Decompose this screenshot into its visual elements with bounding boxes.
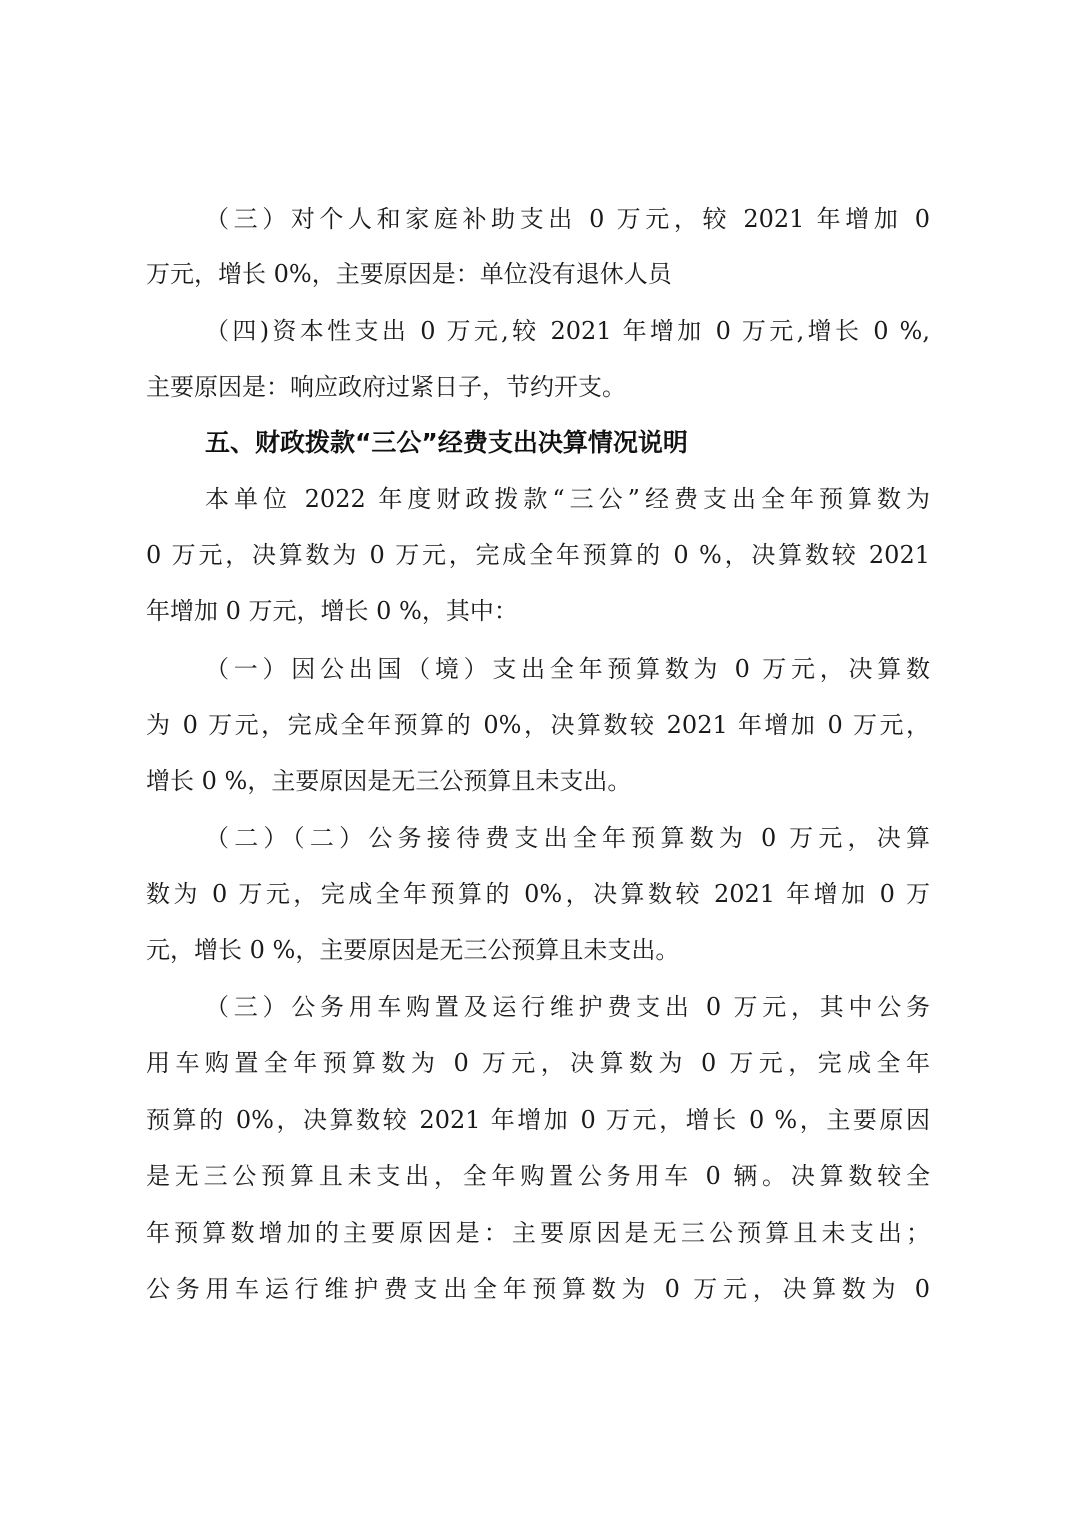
para-individual-subsidy-line-2: 万元，增长 0%，主要原因是：单位没有退休人员 [146,254,930,294]
para-capital-expenditure-line-2: 主要原因是：响应政府过紧日子，节约开支。 [146,367,930,407]
para-reception-line-3: 元，增长 0 %，主要原因是无三公预算且未支出。 [146,930,930,970]
para-overseas-travel-line-1: （一）因公出国（境）支出全年预算数为 0 万元，决算数 [205,649,930,689]
section-heading-three-public-expenses: 五、财政拨款“三公”经费支出决算情况说明 [205,423,930,463]
para-vehicles-line-3: 预算的 0%，决算数较 2021 年增加 0 万元，增长 0 %，主要原因 [146,1100,930,1140]
para-capital-expenditure-line-1: （四)资本性支出 0 万元,较 2021 年增加 0 万元,增长 0 %, [205,311,930,351]
document-page: （三）对个人和家庭补助支出 0 万元，较 2021 年增加 0 万元，增长 0%… [0,0,1074,1520]
para-reception-line-1: （二）（二）公务接待费支出全年预算数为 0 万元，决算 [205,818,930,858]
para-overseas-travel-line-3: 增长 0 %，主要原因是无三公预算且未支出。 [146,761,930,801]
para-vehicles-line-2: 用车购置全年预算数为 0 万元，决算数为 0 万元，完成全年 [146,1043,930,1083]
para-overseas-travel-line-2: 为 0 万元，完成全年预算的 0%，决算数较 2021 年增加 0 万元， [146,705,930,745]
para-vehicles-line-6: 公务用车运行维护费支出全年预算数为 0 万元，决算数为 0 [146,1269,930,1309]
para-reception-line-2: 数为 0 万元，完成全年预算的 0%，决算数较 2021 年增加 0 万 [146,874,930,914]
para-individual-subsidy-line-1: （三）对个人和家庭补助支出 0 万元，较 2021 年增加 0 [205,199,930,239]
para-summary-line-3: 年增加 0 万元，增长 0 %，其中： [146,591,930,631]
para-vehicles-line-1: （三）公务用车购置及运行维护费支出 0 万元，其中公务 [205,987,930,1027]
para-summary-line-1: 本单位 2022 年度财政拨款“三公”经费支出全年预算数为 [205,479,930,519]
para-vehicles-line-5: 年预算数增加的主要原因是：主要原因是无三公预算且未支出； [146,1213,930,1253]
para-vehicles-line-4: 是无三公预算且未支出，全年购置公务用车 0 辆。决算数较全 [146,1156,930,1196]
para-summary-line-2: 0 万元，决算数为 0 万元，完成全年预算的 0 %，决算数较 2021 [146,535,930,575]
